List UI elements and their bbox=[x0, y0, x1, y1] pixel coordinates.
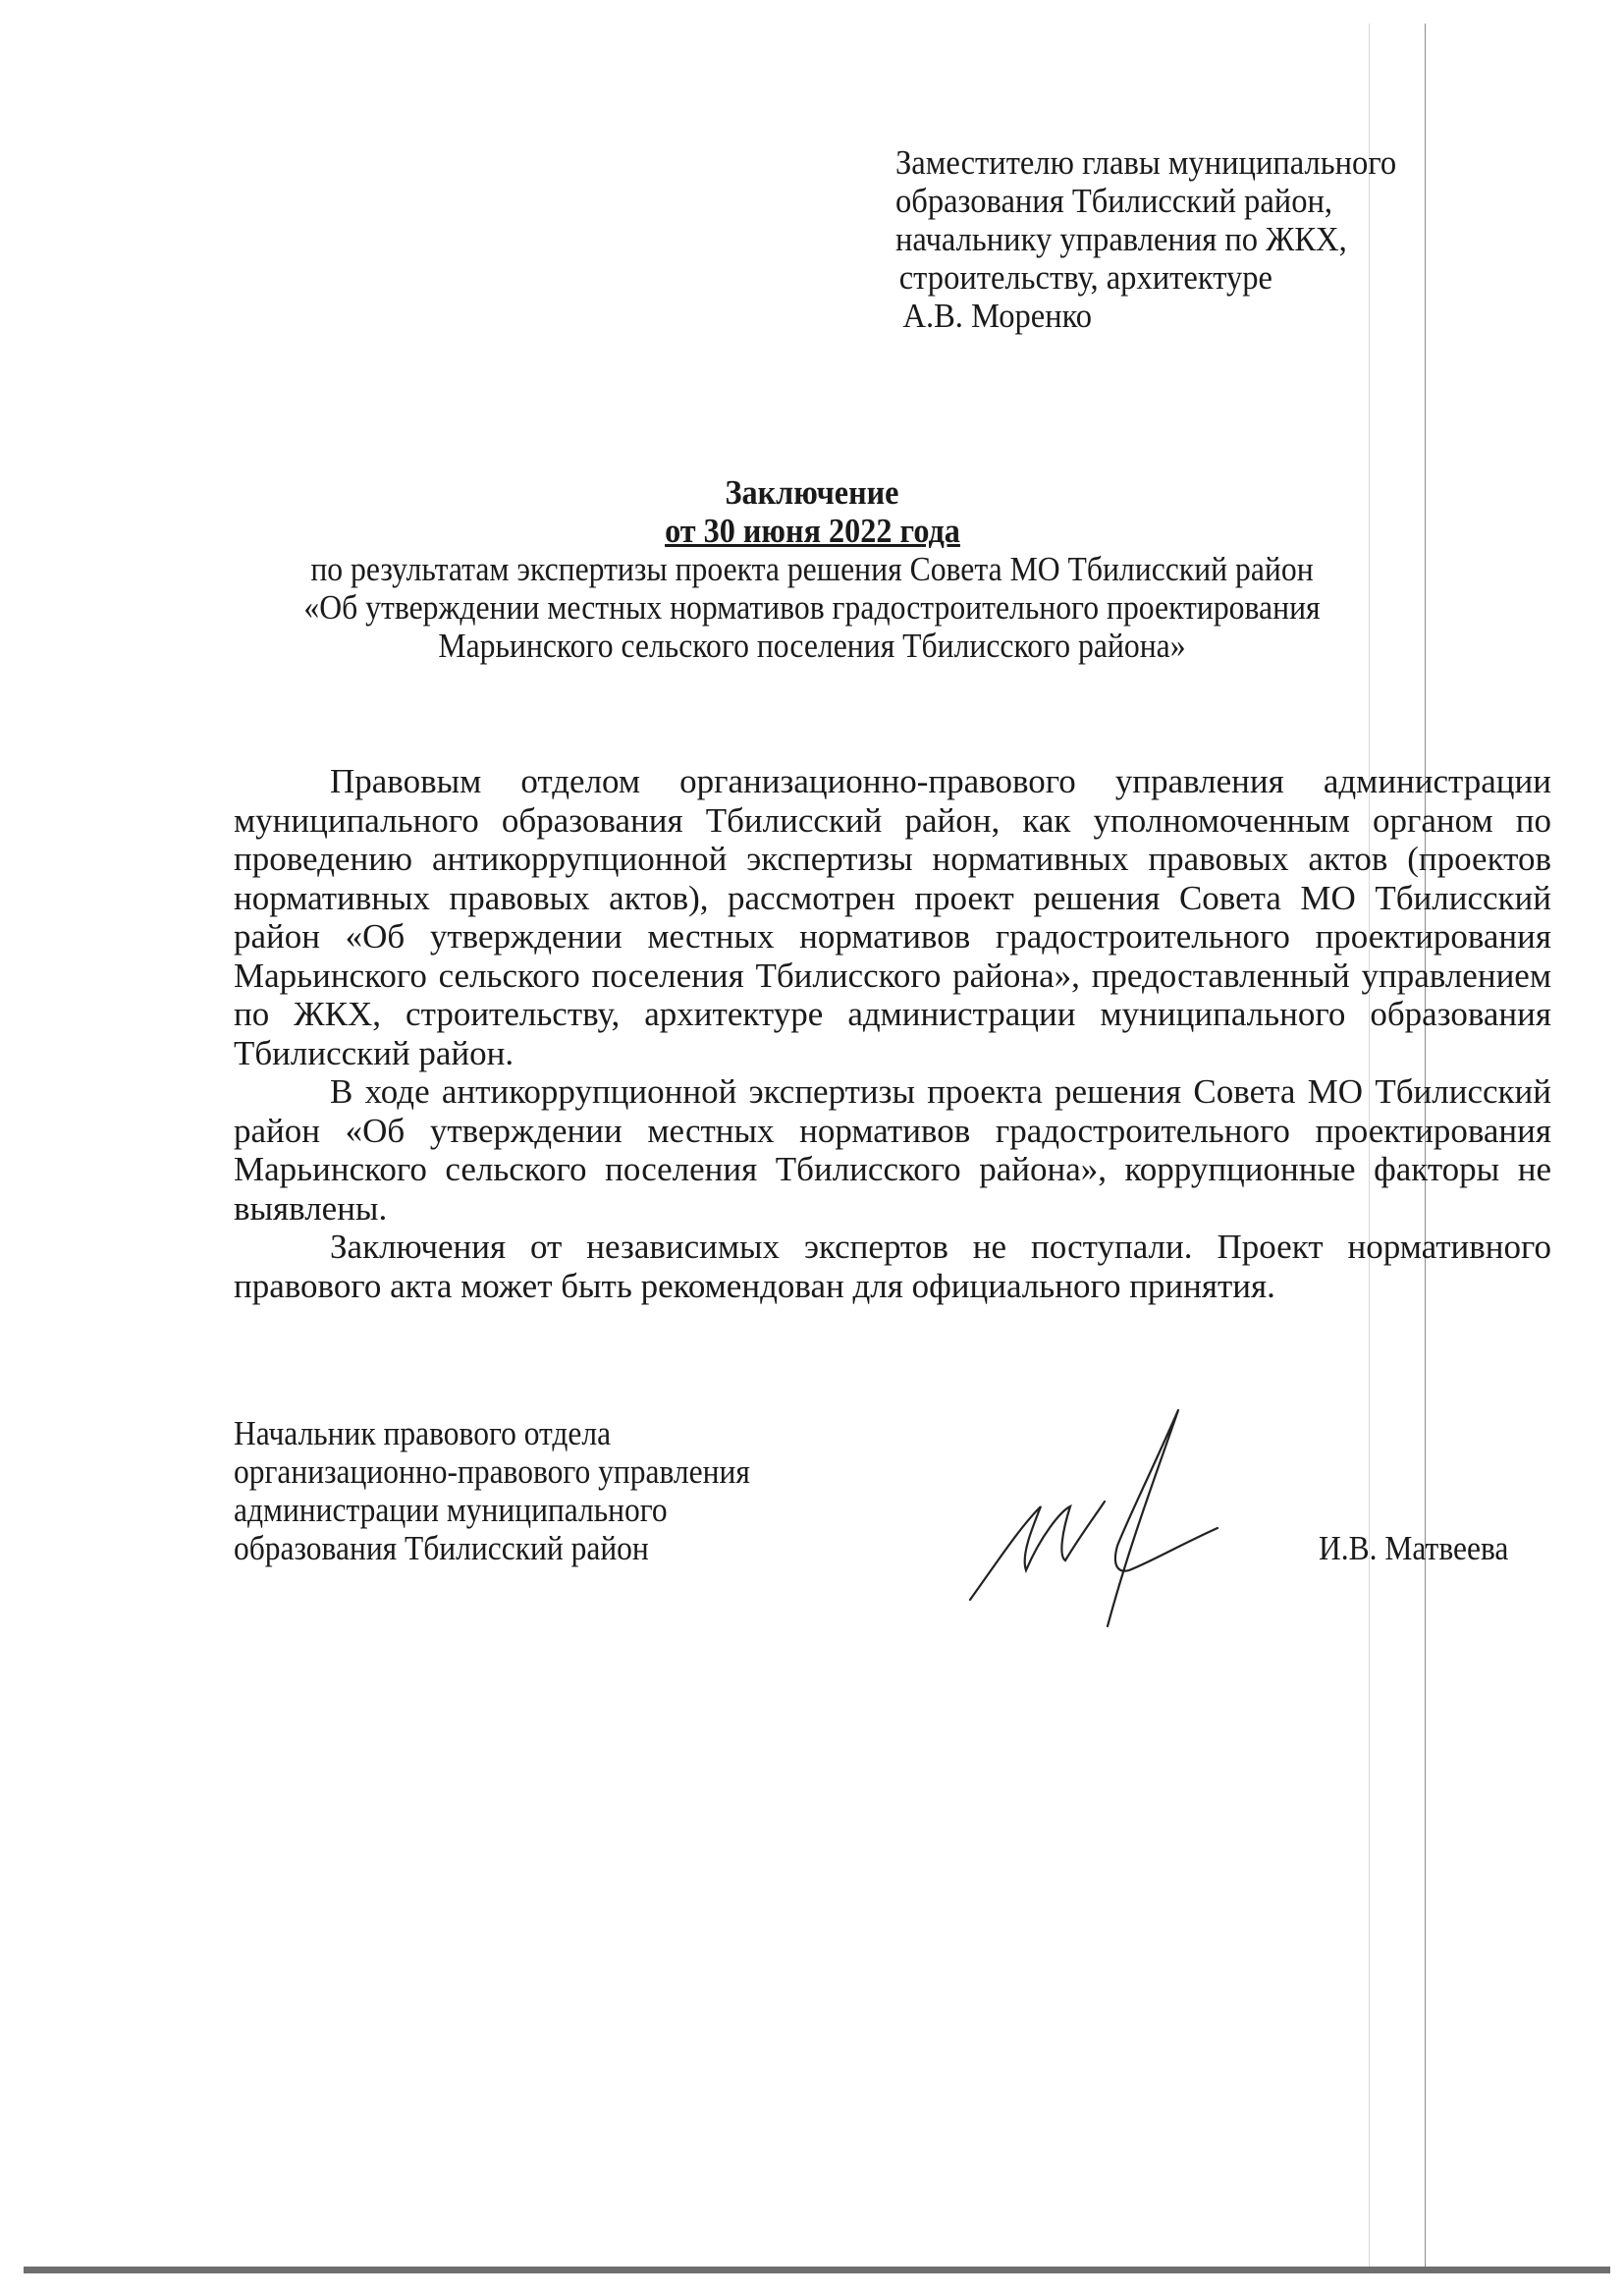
body-paragraph: Заключения от независимых экспертов не п… bbox=[234, 1228, 1551, 1305]
signer-name: И.В. Матвеева bbox=[1319, 1529, 1508, 1567]
document-title-block: Заключение от 30 июня 2022 года по резул… bbox=[0, 473, 1624, 665]
signer-position-line: образования Тбилисский район bbox=[234, 1529, 750, 1567]
handwritten-signature-icon bbox=[884, 1398, 1237, 1634]
addressee-block: Заместителю главы муниципального образов… bbox=[895, 143, 1396, 335]
scan-bottom-edge bbox=[24, 2267, 1610, 2273]
addressee-line: Заместителю главы муниципального bbox=[895, 143, 1396, 182]
addressee-name: А.В. Моренко bbox=[895, 297, 1396, 335]
addressee-line: строительству, архитектуре bbox=[895, 258, 1396, 297]
body-paragraph: Правовым отделом организационно-правовог… bbox=[234, 762, 1551, 1072]
body-paragraph: В ходе антикоррупционной экспертизы прое… bbox=[234, 1072, 1551, 1228]
signer-position-line: Начальник правового отдела bbox=[234, 1414, 750, 1452]
signer-position: Начальник правового отдела организационн… bbox=[234, 1414, 807, 1567]
addressee-line: образования Тбилисский район, bbox=[895, 182, 1396, 220]
document-subtitle-line: Марьинского сельского поселения Тбилисск… bbox=[78, 627, 1547, 665]
signer-position-line: организационно-правового управления bbox=[234, 1452, 750, 1491]
addressee-line: начальнику управления по ЖКХ, bbox=[895, 220, 1396, 258]
document-body: Правовым отделом организационно-правовог… bbox=[234, 762, 1551, 1305]
signer-position-line: администрации муниципального bbox=[234, 1491, 750, 1529]
document-title: Заключение bbox=[65, 473, 1559, 512]
document-subtitle-line: «Об утверждении местных нормативов градо… bbox=[78, 588, 1547, 627]
document-subtitle-line: по результатам экспертизы проекта решени… bbox=[78, 550, 1547, 588]
document-date: от 30 июня 2022 года bbox=[665, 512, 960, 550]
